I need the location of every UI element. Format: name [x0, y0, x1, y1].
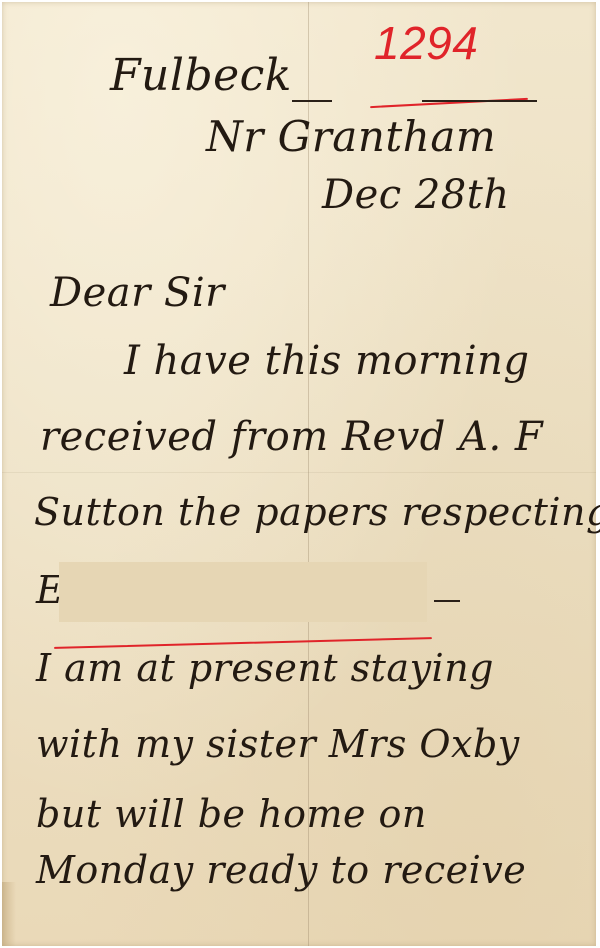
- address-line-2-overline: [422, 100, 537, 102]
- body-line-8: Monday ready to receive: [36, 848, 526, 892]
- body-line-6: with my sister Mrs Oxby: [36, 722, 520, 766]
- redacted-block: [59, 562, 427, 622]
- letter-paper: Fulbeck 1294 Nr Grantham Dec 28th Dear S…: [2, 2, 596, 946]
- address-line-2: Nr Grantham: [206, 112, 496, 161]
- letter-date: Dec 28th: [322, 172, 510, 218]
- archive-number: 1294: [374, 16, 478, 70]
- salutation: Dear Sir: [50, 270, 225, 316]
- address-line-1: Fulbeck: [110, 50, 292, 101]
- torn-corner: [2, 882, 16, 946]
- body-line-1: I have this morning: [124, 338, 530, 384]
- address-flourish: [292, 100, 332, 102]
- body-line-7: but will be home on: [36, 792, 427, 836]
- redaction-dash: [434, 600, 460, 602]
- body-line-2: received from Revd A. F: [40, 414, 543, 460]
- body-line-5: I am at present staying: [36, 646, 494, 690]
- body-line-3: Sutton the papers respecting: [34, 490, 600, 534]
- horizontal-fold-crease: [2, 472, 596, 473]
